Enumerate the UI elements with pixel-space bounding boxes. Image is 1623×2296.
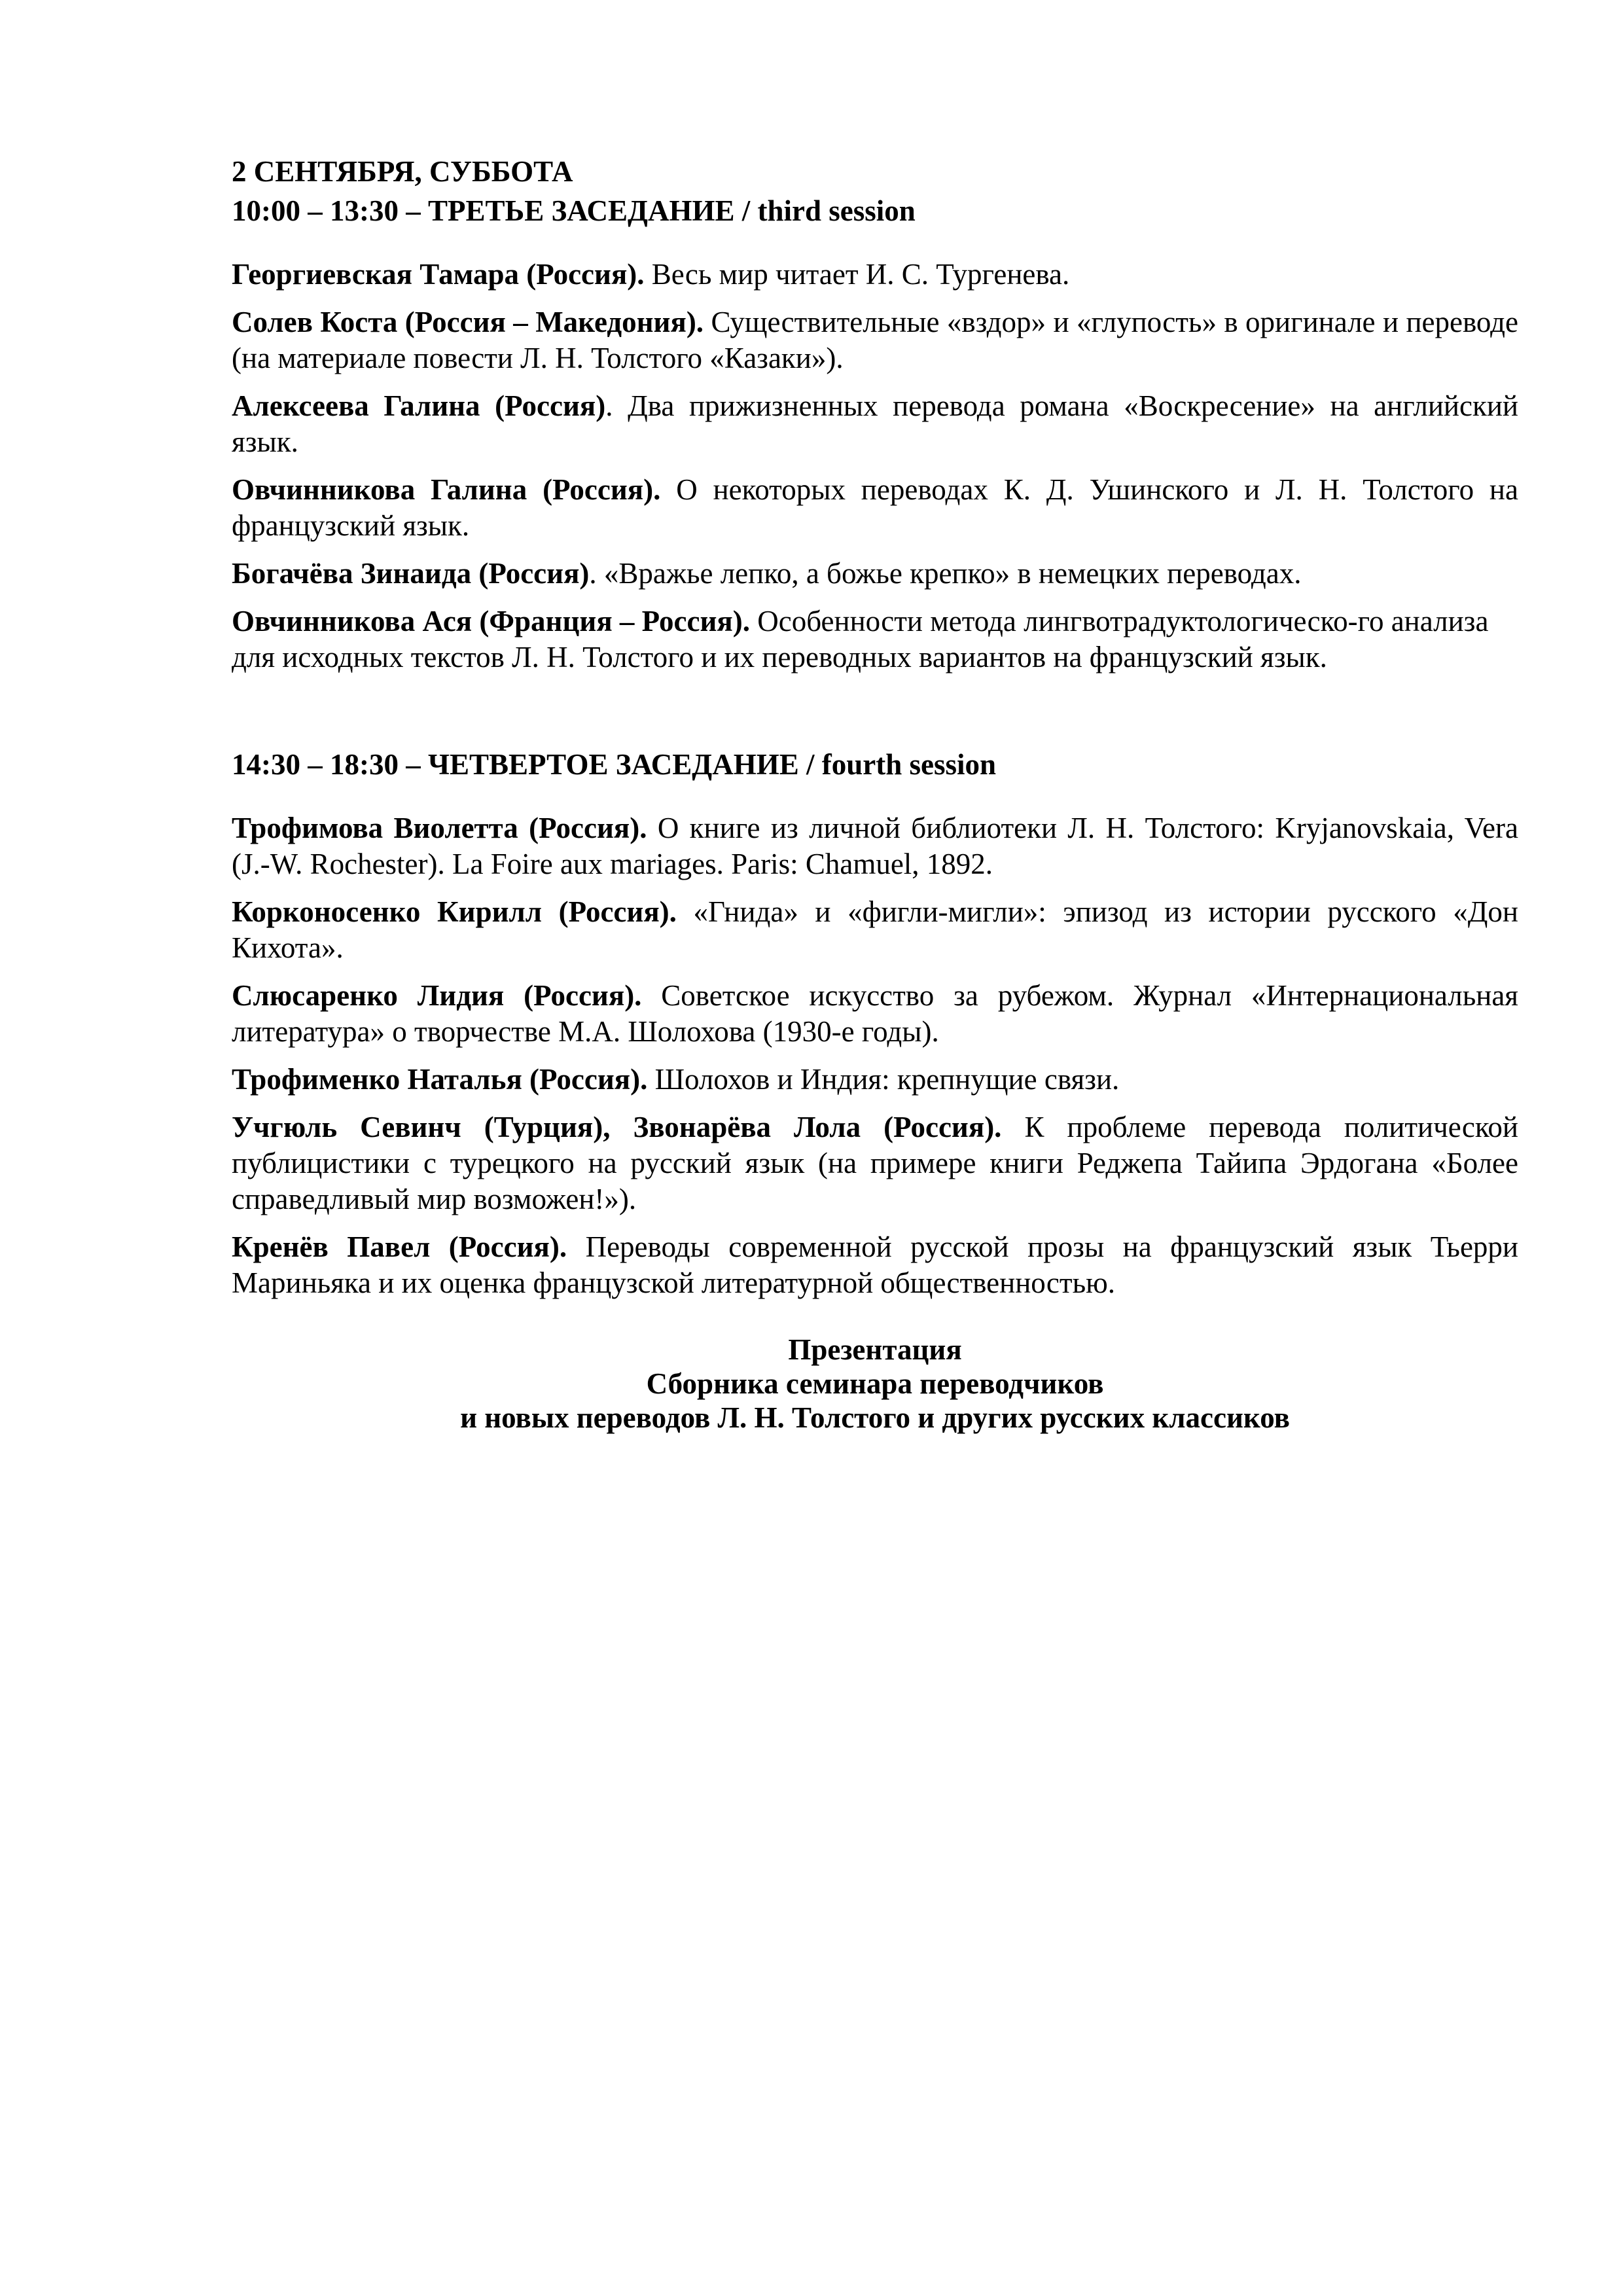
- talk-entry: Георгиевская Тамара (Россия). Весь мир ч…: [232, 257, 1518, 293]
- talk-author: Корконосенко Кирилл (Россия).: [232, 895, 677, 928]
- talk-author: Учгюль Севинч (Турция), Звонарёва Лола (…: [232, 1111, 1001, 1143]
- talk-title: Весь мир читает И. С. Тургенева.: [645, 258, 1070, 291]
- presentation-line: и новых переводов Л. Н. Толстого и други…: [232, 1401, 1518, 1435]
- talk-author: Георгиевская Тамара (Россия).: [232, 258, 645, 291]
- presentation-line: Сборника семинара переводчиков: [232, 1367, 1518, 1401]
- talk-author: Кренёв Павел (Россия).: [232, 1230, 567, 1263]
- talk-title: . «Вражье лепко, а божье крепко» в немец…: [589, 557, 1301, 590]
- talk-entry: Овчинникова Ася (Франция – Россия). Особ…: [232, 603, 1518, 675]
- program-page: 2 СЕНТЯБРЯ, СУББОТА 10:00 – 13:30 – ТРЕТ…: [232, 152, 1518, 1435]
- talk-list: Георгиевская Тамара (Россия). Весь мир ч…: [232, 257, 1518, 675]
- day-title: 2 СЕНТЯБРЯ, СУББОТА: [232, 152, 1518, 191]
- talk-entry: Кренёв Павел (Россия). Переводы современ…: [232, 1229, 1518, 1301]
- presentation-block: Презентация Сборника семинара переводчик…: [232, 1333, 1518, 1435]
- talk-author: Трофимова Виолетта (Россия).: [232, 812, 647, 844]
- talk-author: Солев Коста (Россия – Македония).: [232, 306, 704, 338]
- fourth-session: 14:30 – 18:30 – ЧЕТВЕРТОЕ ЗАСЕДАНИЕ / fo…: [232, 745, 1518, 1301]
- talk-entry: Овчинникова Галина (Россия). О некоторых…: [232, 472, 1518, 544]
- talk-entry: Корконосенко Кирилл (Россия). «Гнида» и …: [232, 894, 1518, 966]
- talk-title: Шолохов и Индия: крепнущие связи.: [647, 1063, 1119, 1096]
- talk-entry: Богачёва Зинаида (Россия). «Вражье лепко…: [232, 556, 1518, 592]
- presentation-heading: Презентация: [232, 1333, 1518, 1367]
- talk-entry: Алексеева Галина (Россия). Два прижизнен…: [232, 388, 1518, 460]
- talk-author: Трофименко Наталья (Россия).: [232, 1063, 647, 1096]
- talk-author: Богачёва Зинаида (Россия): [232, 557, 589, 590]
- talk-entry: Трофимова Виолетта (Россия). О книге из …: [232, 810, 1518, 882]
- talk-entry: Трофименко Наталья (Россия). Шолохов и И…: [232, 1062, 1518, 1098]
- talk-author: Слюсаренко Лидия (Россия).: [232, 979, 641, 1012]
- session-title: 10:00 – 13:30 – ТРЕТЬЕ ЗАСЕДАНИЕ / third…: [232, 191, 1518, 230]
- session-title: 14:30 – 18:30 – ЧЕТВЕРТОЕ ЗАСЕДАНИЕ / fo…: [232, 745, 1518, 784]
- talk-entry: Слюсаренко Лидия (Россия). Советское иск…: [232, 978, 1518, 1050]
- talk-entry: Учгюль Севинч (Турция), Звонарёва Лола (…: [232, 1109, 1518, 1217]
- talk-author: Овчинникова Галина (Россия).: [232, 473, 660, 506]
- third-session: 10:00 – 13:30 – ТРЕТЬЕ ЗАСЕДАНИЕ / third…: [232, 191, 1518, 675]
- talk-author: Овчинникова Ася (Франция – Россия).: [232, 605, 750, 637]
- talk-entry: Солев Коста (Россия – Македония). Сущест…: [232, 304, 1518, 376]
- talk-author: Алексеева Галина (Россия): [232, 389, 605, 422]
- talk-list: Трофимова Виолетта (Россия). О книге из …: [232, 810, 1518, 1301]
